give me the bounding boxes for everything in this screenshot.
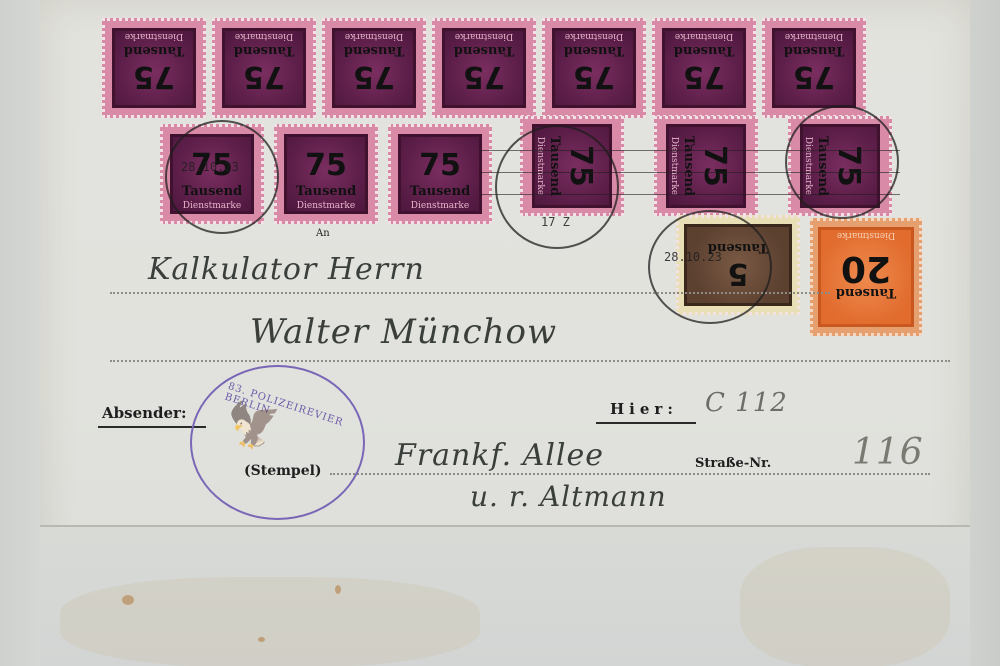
stamp-denomination: 75 — [191, 151, 233, 181]
envelope-flap — [40, 525, 970, 666]
stempel-label: (Stempel) — [244, 463, 322, 479]
stamp-75-tausend: 75TausendDienstmarke — [762, 18, 866, 118]
cancel-line — [480, 172, 900, 173]
stamp-label: Dienstmarke — [297, 201, 355, 211]
handwritten-hier-value: C 112 — [705, 388, 788, 418]
an-label: An — [316, 228, 330, 239]
address-line-3 — [330, 473, 930, 475]
stamp-label: Dienstmarke — [345, 31, 403, 41]
stamp-denomination: 75 — [305, 151, 347, 181]
stamp-overprint: Tausend — [674, 45, 734, 58]
stamp-overprint: Tausend — [564, 45, 624, 58]
absender-label: Absender: — [102, 404, 187, 422]
foxing-spot — [335, 585, 341, 594]
stamp-75-tausend: 75TausendDienstmarke — [322, 18, 426, 118]
stamp-overprint: Tausend — [234, 45, 294, 58]
stamp-75-tausend: 75TausendDienstmarke — [102, 18, 206, 118]
handwritten-line-4: u. r. Altmann — [470, 480, 667, 513]
stamp-denomination: 75 — [463, 62, 505, 92]
handwritten-line-2: Walter Münchow — [250, 312, 557, 352]
stamp-75-tausend: 75TausendDienstmarke — [520, 116, 624, 216]
stamp-denomination: 75 — [834, 145, 864, 187]
stamp-overprint: Tausend — [549, 136, 562, 196]
stamp-denomination: 5 — [728, 259, 749, 289]
stamp-label: Dienstmarke — [837, 230, 895, 240]
stamp-75-tausend: 75TausendDienstmarke — [542, 18, 646, 118]
stamp-denomination: 75 — [353, 62, 395, 92]
cancel-line — [480, 194, 900, 195]
police-handstamp: 83. POLIZEIREVIER BERLIN 🦅 (Stempel) — [190, 365, 365, 520]
stamp-overprint: Tausend — [817, 136, 830, 196]
stamp-75-tausend: 75TausendDienstmarke — [652, 18, 756, 118]
address-line-2 — [110, 360, 950, 362]
stamp-overprint: Tausend — [784, 45, 844, 58]
stamp-denomination: 75 — [419, 151, 461, 181]
eagle-icon: 🦅 — [227, 399, 282, 451]
hier-label: Hier: — [610, 400, 678, 418]
stamp-label: Dienstmarke — [455, 31, 513, 41]
stamp-label: Dienstmarke — [803, 137, 813, 195]
stamp-label: Dienstmarke — [565, 31, 623, 41]
stamp-denomination: 75 — [683, 62, 725, 92]
cancel-line — [480, 150, 900, 151]
stamp-75-tausend: 75TausendDienstmarke — [274, 124, 378, 224]
address-line-1 — [110, 292, 830, 294]
stamp-denomination: 20 — [841, 251, 891, 287]
strasse-label: Straße-Nr. — [695, 456, 771, 471]
stamp-denomination: 75 — [133, 62, 175, 92]
stamp-overprint: Tausend — [410, 185, 470, 198]
stamp-label: Dienstmarke — [183, 201, 241, 211]
stamp-brown-5: 5 Tausend — [676, 215, 800, 315]
foxing-spot — [122, 595, 134, 605]
stamp-label: Dienstmarke — [125, 31, 183, 41]
envelope-cover: 75TausendDienstmarke75TausendDienstmarke… — [40, 0, 970, 666]
stamp-denomination: 75 — [793, 62, 835, 92]
stamp-overprint: Tausend — [182, 185, 242, 198]
stamp-overprint: Tausend — [683, 136, 696, 196]
stamp-label: Dienstmarke — [411, 201, 469, 211]
stamp-75-tausend: 75TausendDienstmarke — [654, 116, 758, 216]
stamp-overprint: Tausend — [454, 45, 514, 58]
stamp-75-tausend: 75TausendDienstmarke — [212, 18, 316, 118]
stamp-denomination: 75 — [700, 145, 730, 187]
stamp-denomination: 75 — [243, 62, 285, 92]
stamp-overprint: Tausend — [344, 45, 404, 58]
stamp-label: Dienstmarke — [785, 31, 843, 41]
hier-underline — [596, 422, 696, 424]
stamp-overprint: Tausend — [296, 185, 356, 198]
stamp-orange-20: Tausend 20 Dienstmarke — [810, 218, 922, 336]
handwritten-street: Frankf. Allee — [395, 438, 604, 473]
stamp-label: Dienstmarke — [669, 137, 679, 195]
stamp-label: Dienstmarke — [535, 137, 545, 195]
stamp-75-tausend: 75TausendDienstmarke — [160, 124, 264, 224]
stamp-overprint: Tausend — [124, 45, 184, 58]
stamp-denomination: 75 — [566, 145, 596, 187]
stamp-denomination: 75 — [573, 62, 615, 92]
stamp-75-tausend: 75TausendDienstmarke — [432, 18, 536, 118]
absender-underline — [98, 426, 206, 428]
handwritten-line-1: Kalkulator Herrn — [148, 252, 425, 287]
stamp-75-tausend: 75TausendDienstmarke — [788, 116, 892, 216]
stamp-label: Dienstmarke — [235, 31, 293, 41]
stamp-overprint: Tausend — [708, 242, 768, 255]
stamp-label: Dienstmarke — [675, 31, 733, 41]
handwritten-house-number: 116 — [852, 432, 924, 473]
foxing-spot — [258, 637, 265, 642]
stamp-75-tausend: 75TausendDienstmarke — [388, 124, 492, 224]
